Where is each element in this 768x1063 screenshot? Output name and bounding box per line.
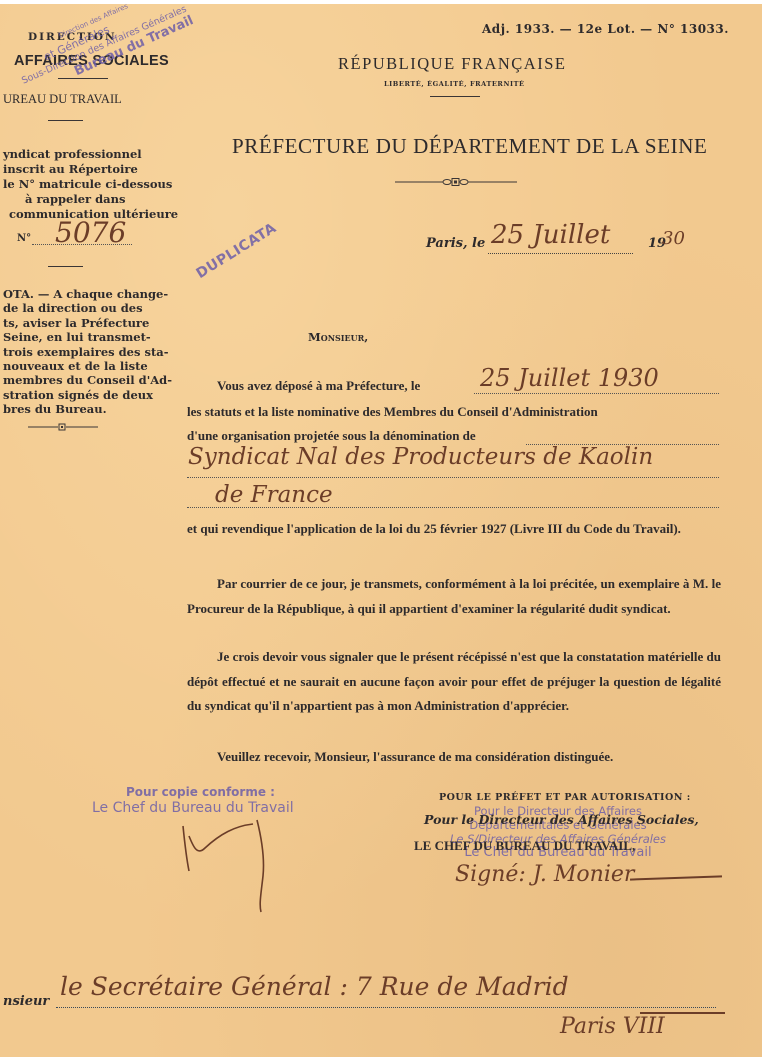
notice-line: à rappeler dans [3, 192, 155, 207]
registration-number: 5076 [55, 216, 126, 249]
stamp-line: Le Chef du Bureau du Travail [92, 800, 294, 816]
law-paragraph: et qui revendique l'application de la lo… [187, 517, 721, 542]
organisation-name-line-2: de France [215, 482, 333, 508]
nota-block: OTA. — A chaque change- de la direction … [3, 287, 155, 417]
syndicat-notice: yndicat professionnel inscrit au Réperto… [3, 147, 155, 222]
notice-line: inscrit au Répertoire [3, 162, 155, 177]
republic-title: RÉPUBLIQUE FRANÇAISE [338, 54, 566, 74]
nota-line: trois exemplaires des sta- [3, 345, 155, 359]
ornament-divider-icon [395, 177, 517, 187]
salutation: Monsieur, [308, 330, 368, 344]
nota-line: Seine, en lui transmet- [3, 330, 155, 344]
handwritten-signature: Signé: J. Monier [455, 862, 634, 887]
nota-line: stration signés de deux [3, 388, 155, 402]
deposit-prefix: Vous avez déposé à ma Préfecture, le [217, 378, 420, 393]
signature-flourish [630, 875, 722, 880]
nota-line: membres du Conseil d'Ad- [3, 373, 155, 387]
nota-line: OTA. — A chaque change- [3, 287, 155, 301]
chef-bureau-label: LE CHEF DU BUREAU DU TRAVAIL, [414, 838, 635, 854]
address-label: nsieur [3, 994, 49, 1009]
date-dotted-line [488, 253, 633, 254]
divider [430, 96, 480, 97]
notice-line: yndicat professionnel [3, 147, 155, 162]
address-city-handwritten: Paris VIII [560, 1014, 665, 1039]
initials-signature-icon [175, 816, 275, 920]
organisation-name-line-1: Syndicat Nal des Producteurs de Kaolin [188, 444, 653, 470]
nota-line: de la direction ou des [3, 301, 155, 315]
ornament-divider-icon [28, 423, 98, 431]
nota-line: nouveaux et de la liste [3, 359, 155, 373]
pour-prefet-label: POUR LE PRÉFET ET PAR AUTORISATION : [439, 792, 691, 803]
copie-conforme-stamp: Pour copie conforme : Le Chef du Bureau … [92, 784, 294, 816]
place-date-label: Paris, le [426, 236, 485, 251]
nota-line: ts, aviser la Préfecture [3, 316, 155, 330]
paragraph-recepisse: Je crois devoir vous signaler que le pré… [187, 645, 721, 719]
motto: LIBERTÉ, ÉGALITÉ, FRATERNITÉ [384, 80, 525, 88]
paragraph-courrier: Par courrier de ce jour, je transmets, c… [187, 572, 721, 621]
pour-directeur-label: Pour le Directeur des Affaires Sociales, [424, 812, 699, 827]
deposit-date-handwritten: 25 Juillet 1930 [480, 364, 659, 392]
print-reference: Adj. 1933. — 12e Lot. — N° 13033. [482, 22, 729, 36]
date-handwritten: 25 Juillet [491, 220, 610, 250]
document-page: DIRECTION AFFAIRES SOCIALES UREAU DU TRA… [0, 4, 762, 1057]
divider [48, 266, 83, 267]
name-dotted-line [187, 477, 719, 478]
stamp-line: Pour copie conforme : [92, 784, 294, 800]
bureau-stamp: Direction des Affaires et Générales Sous… [0, 0, 251, 147]
year-handwritten: 30 [662, 228, 685, 249]
address-handwritten: le Secrétaire Général : 7 Rue de Madrid [60, 972, 569, 1001]
prefecture-title: PRÉFECTURE DU DÉPARTEMENT DE LA SEINE [232, 134, 707, 159]
deposit-date-dotted-line [474, 393, 719, 394]
address-dotted-line [56, 1007, 716, 1008]
nota-line: bres du Bureau. [3, 402, 155, 416]
number-label: N° [17, 233, 31, 244]
notice-line: le N° matricule ci-dessous [3, 177, 155, 192]
duplicata-stamp: DUPLICATA [194, 220, 280, 282]
deposit-line-2: les statuts et la liste nominative des M… [187, 400, 721, 425]
closing-formula: Veuillez recevoir, Monsieur, l'assurance… [187, 745, 721, 770]
